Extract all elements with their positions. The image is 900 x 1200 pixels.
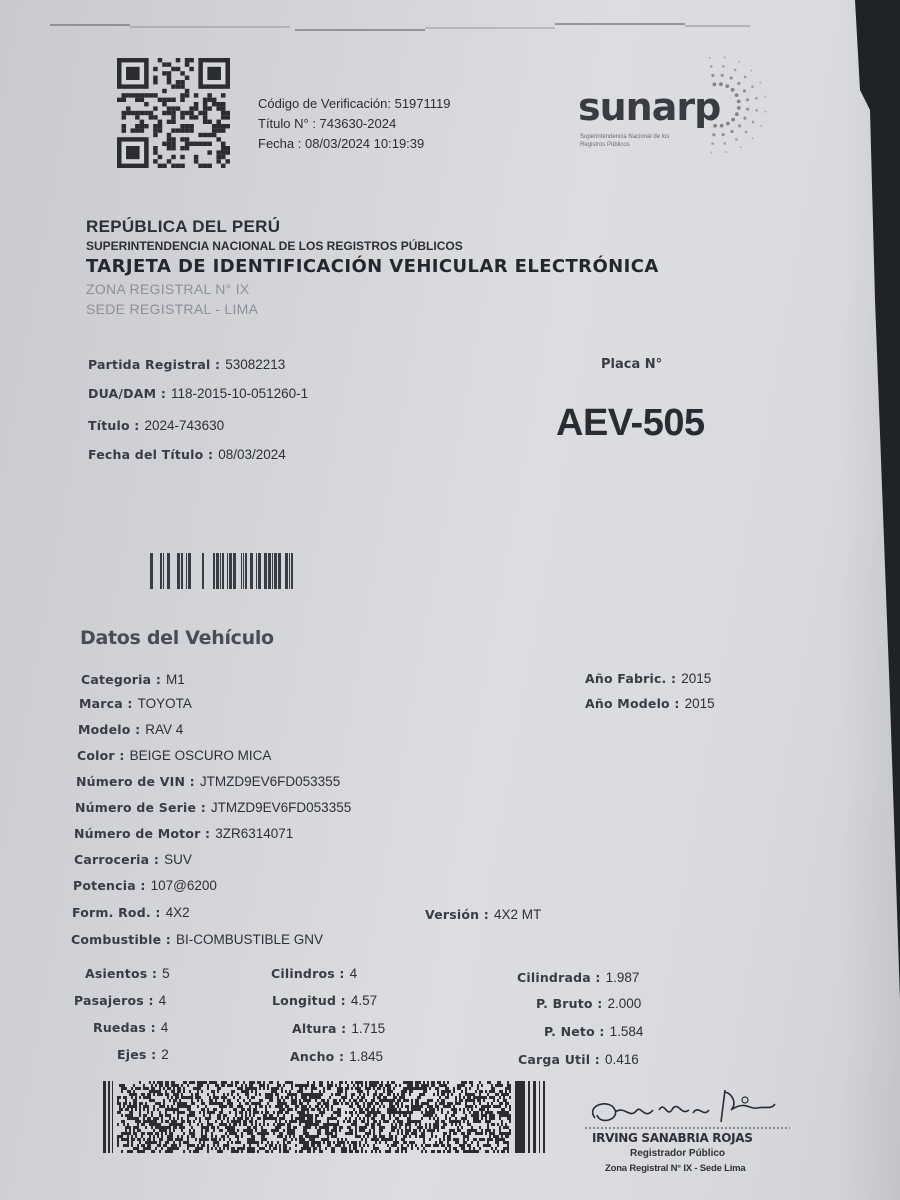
field-cilindrada: Cilindrada :1.987: [517, 970, 639, 985]
field-asientos: Asientos :5: [85, 966, 170, 981]
field-p-neto: P. Neto :1.584: [544, 1024, 643, 1039]
logo-subtitle: Superintendencia Nacional de los Registr…: [580, 133, 690, 149]
field-cilindros: Cilindros :4: [271, 966, 357, 981]
verification-code: Código de Verificación: 51971119: [258, 94, 451, 114]
field-carroceria: Carroceria :SUV: [74, 852, 192, 867]
agency-title: SUPERINTENDENCIA NACIONAL DE LOS REGISTR…: [86, 239, 659, 253]
field-motor: Número de Motor :3ZR6314071: [74, 826, 293, 841]
page-shadow: [840, 0, 900, 1200]
registrar-zone: Zona Registral N° IX - Sede Lima: [605, 1163, 745, 1174]
field-form-rod: Form. Rod. :4X2: [72, 905, 190, 920]
republic-title: REPÚBLICA DEL PERÚ: [86, 217, 659, 237]
top-rule: [295, 29, 425, 31]
plate-number: AEV-505: [556, 402, 705, 445]
field-categoria: Categoria :M1: [81, 672, 185, 687]
field-altura: Altura :1.715: [292, 1021, 385, 1036]
field-version: Versión :4X2 MT: [425, 907, 541, 922]
registrar-role: Registrador Público: [630, 1148, 725, 1159]
partida-registral: Partida Registral :53082213: [88, 357, 285, 372]
title-number: Título N° : 743630-2024: [258, 114, 451, 134]
document-title: TARJETA DE IDENTIFICACIÓN VEHICULAR ELEC…: [86, 256, 659, 277]
field-anio-modelo: Año Modelo :2015: [585, 696, 715, 711]
zone-title: ZONA REGISTRAL N° IX: [86, 281, 659, 297]
field-longitud: Longitud :4.57: [272, 993, 377, 1008]
field-color: Color :BEIGE OSCURO MICA: [77, 748, 271, 763]
field-ejes: Ejes :2: [117, 1047, 169, 1062]
logo-wordmark: sunarp: [578, 85, 720, 129]
sunarp-logo: sunarp Superintendencia Nacional de los …: [578, 55, 778, 155]
top-rule: [555, 23, 685, 25]
issue-date: Fecha : 08/03/2024 10:19:39: [258, 134, 451, 154]
plate-label: Placa N°: [601, 357, 662, 372]
field-combustible: Combustible :BI-COMBUSTIBLE GNV: [71, 932, 323, 947]
top-rule: [425, 27, 555, 29]
top-rule: [130, 26, 290, 28]
fecha-titulo: Fecha del Título :08/03/2024: [88, 447, 286, 462]
office-title: SEDE REGISTRAL - LIMA: [86, 301, 659, 317]
field-pasajeros: Pasajeros :4: [74, 993, 166, 1008]
qr-code: [117, 58, 230, 168]
field-modelo: Modelo :RAV 4: [78, 722, 183, 737]
pdf417-barcode: [103, 1081, 548, 1153]
field-ruedas: Ruedas :4: [93, 1020, 168, 1035]
field-vin: Número de VIN :JTMZD9EV6FD053355: [76, 774, 340, 789]
document-paper: Código de Verificación: 51971119 Título …: [0, 0, 900, 1200]
section-title-vehicle-data: Datos del Vehículo: [80, 627, 274, 649]
field-anio-fabric: Año Fabric. :2015: [585, 671, 711, 686]
barcode: [150, 553, 293, 589]
header-meta: Código de Verificación: 51971119 Título …: [258, 94, 451, 154]
field-potencia: Potencia :107@6200: [73, 878, 217, 893]
field-serie: Número de Serie :JTMZD9EV6FD053355: [75, 800, 351, 815]
document-titles: REPÚBLICA DEL PERÚ SUPERINTENDENCIA NACI…: [86, 217, 659, 317]
field-carga-util: Carga Util :0.416: [518, 1052, 639, 1067]
registrar-name: IRVING SANABRIA ROJAS: [592, 1131, 753, 1145]
dua-dam: DUA/DAM :118-2015-10-051260-1: [88, 386, 308, 401]
titulo: Título :2024-743630: [88, 418, 224, 433]
top-rule: [50, 24, 130, 26]
field-marca: Marca :TOYOTA: [79, 696, 192, 711]
field-p-bruto: P. Bruto :2.000: [536, 996, 641, 1011]
top-rule: [685, 25, 750, 27]
field-ancho: Ancho :1.845: [290, 1049, 383, 1064]
